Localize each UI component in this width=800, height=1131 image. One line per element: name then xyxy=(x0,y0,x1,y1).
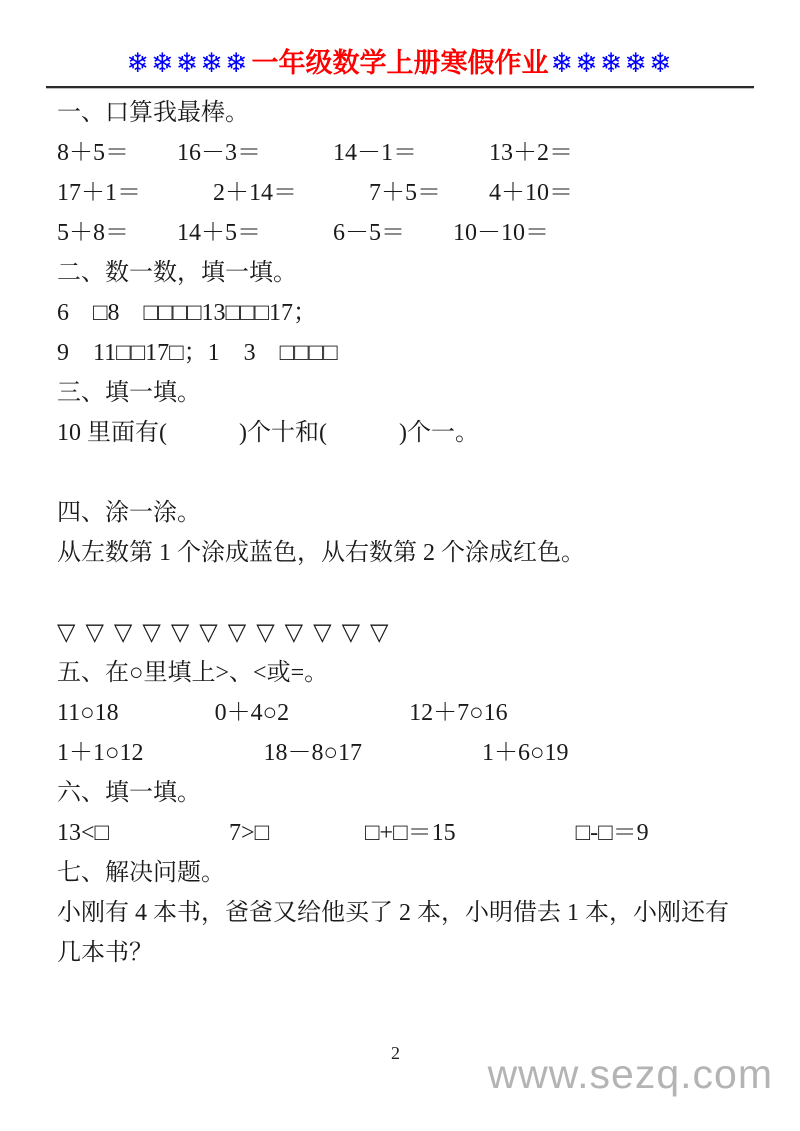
section-3-heading: 三、填一填。 xyxy=(57,373,757,413)
oral-math-row-2: 17＋1＝ 2＋14＝ 7＋5＝ 4＋10＝ xyxy=(57,173,757,213)
fill-blank-sentence: 10 里面有( )个十和( )个一。 xyxy=(57,413,757,453)
oral-math-row-3: 5＋8＝ 14＋5＝ 6－5＝ 10－10＝ xyxy=(57,213,757,253)
page-title-text: 一年级数学上册寒假作业 xyxy=(252,48,549,78)
section-5-heading: 五、在○里填上>、<或=。 xyxy=(57,653,757,693)
header-divider xyxy=(46,86,754,89)
comparison-row-1: 11○18 0＋4○2 12＋7○16 xyxy=(57,693,757,733)
triangle-row: ▽ ▽ ▽ ▽ ▽ ▽ ▽ ▽ ▽ ▽ ▽ ▽ xyxy=(57,613,757,653)
watermark: www.sezq.com xyxy=(488,1052,773,1096)
fill-blank-row: 13<□ 7>□ □+□＝15 □-□＝9 xyxy=(57,813,757,853)
coloring-instruction: 从左数第 1 个涂成蓝色，从右数第 2 个涂成红色。 xyxy=(57,533,757,573)
counting-row-2: 9 11□□17□；1 3 □□□□ xyxy=(57,333,757,373)
snowflakes-left-icon: ❄❄❄❄❄ xyxy=(126,48,249,78)
worksheet-body: 一、口算我最棒。 8＋5＝ 16－3＝ 14－1＝ 13＋2＝ 17＋1＝ 2＋… xyxy=(57,93,757,973)
comparison-row-2: 1＋1○12 18－8○17 1＋6○19 xyxy=(57,733,757,773)
worksheet-page: { "header": { "snowflakes_left": "❄❄❄❄❄"… xyxy=(0,0,800,1131)
section-4-heading: 四、涂一涂。 xyxy=(57,493,757,533)
blank-line xyxy=(57,573,757,613)
section-1-heading: 一、口算我最棒。 xyxy=(57,93,757,133)
word-problem-line-1: 小刚有 4 本书，爸爸又给他买了 2 本，小明借去 1 本，小刚还有 xyxy=(57,893,757,933)
blank-line xyxy=(57,453,757,493)
page-number: 2 xyxy=(391,1042,400,1064)
section-7-heading: 七、解决问题。 xyxy=(57,853,757,893)
section-6-heading: 六、填一填。 xyxy=(57,773,757,813)
counting-row-1: 6 □8 □□□□13□□□17； xyxy=(57,293,757,333)
page-title: ❄❄❄❄❄一年级数学上册寒假作业❄❄❄❄❄ xyxy=(46,46,754,80)
word-problem-line-2: 几本书？ xyxy=(57,933,757,973)
oral-math-row-1: 8＋5＝ 16－3＝ 14－1＝ 13＋2＝ xyxy=(57,133,757,173)
snowflakes-right-icon: ❄❄❄❄❄ xyxy=(551,48,674,78)
section-2-heading: 二、数一数，填一填。 xyxy=(57,253,757,293)
